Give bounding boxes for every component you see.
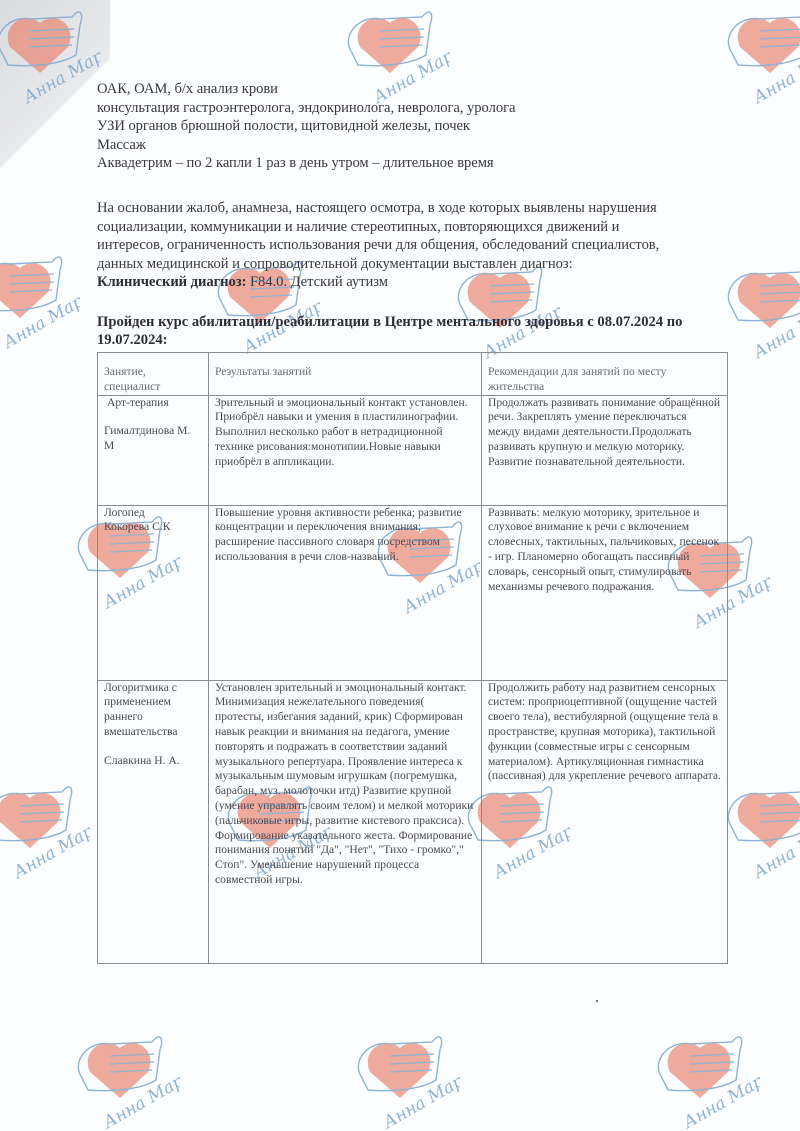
specialist-name: Славкина Н. А.	[104, 754, 202, 769]
specialist-name: Кокорева С.К	[104, 520, 202, 535]
order-line: УЗИ органов брюшной полости, щитовидной …	[97, 117, 515, 136]
table-row: Арт-терапия Гималтдинова М. М Зрительный…	[98, 395, 728, 505]
recommendations-cell: Продолжать развивать понимание обращённо…	[482, 395, 728, 505]
svg-text:Анна Мария: Анна Мария	[99, 1060, 180, 1130]
order-line: Аквадетрим – по 2 капли 1 раз в день утр…	[97, 154, 515, 173]
rehab-table: Занятие, специалист Результаты занятий Р…	[97, 352, 728, 964]
scan-speck	[596, 1000, 598, 1002]
svg-text:Анна Мария: Анна Мария	[679, 1060, 760, 1130]
watermark-logo-icon: Анна Мария	[60, 1020, 180, 1130]
activity-cell: Арт-терапия Гималтдинова М. М	[98, 395, 209, 505]
activity-name: Арт-терапия	[104, 396, 202, 411]
order-line: Массаж	[97, 136, 515, 155]
svg-text:Анна Мария: Анна Мария	[749, 290, 800, 360]
svg-text:Анна Мария: Анна Мария	[0, 280, 80, 350]
header-recommendations: Рекомендации для занятий по месту житель…	[482, 353, 728, 396]
activity-name: Логопед	[104, 506, 202, 521]
header-results: Результаты занятий	[209, 353, 482, 396]
watermark-logo-icon: Анна Мария	[340, 1020, 460, 1130]
table-row: Логопед Кокорева С.К Повышение уровня ак…	[98, 505, 728, 680]
activity-cell: Логоритмика с применением раннего вмешат…	[98, 680, 209, 963]
watermark-logo-icon: Анна Мария	[710, 0, 800, 105]
findings-line: На основании жалоб, анамнеза, настоящего…	[97, 199, 659, 218]
table-row: Логоритмика с применением раннего вмешат…	[98, 680, 728, 963]
findings-line: данных медицинской и сопроводительной до…	[97, 255, 659, 274]
findings-paragraph: На основании жалоб, анамнеза, настоящего…	[97, 199, 659, 292]
svg-text:Анна Мария: Анна Мария	[9, 810, 90, 880]
course-title: Пройден курс абилитации/реабилитации в Ц…	[97, 313, 737, 349]
watermark-logo-icon: Анна Мария	[0, 0, 100, 105]
results-cell: Повышение уровня активности ребенка; раз…	[209, 505, 482, 680]
results-cell: Установлен зрительный и эмоциональный ко…	[209, 680, 482, 963]
watermark-logo-icon: Анна Мария	[0, 770, 90, 880]
header-activity: Занятие, специалист	[98, 353, 209, 396]
svg-text:Анна Мария: Анна Мария	[749, 810, 800, 880]
scan-page-fold-shadow	[0, 0, 110, 260]
diagnosis-line: Клинический диагноз: F84.0. Детский аути…	[97, 273, 659, 292]
specialist-name: Гималтдинова М. М	[104, 424, 202, 454]
watermark-logo-icon: Анна Мария	[0, 240, 80, 350]
diagnosis-value: F84.0. Детский аутизм	[246, 274, 388, 290]
watermark-logo-icon: Анна Мария	[640, 1020, 760, 1130]
svg-text:Анна Мария: Анна Мария	[19, 35, 100, 105]
diagnosis-label: Клинический диагноз:	[97, 274, 246, 290]
svg-text:Анна Мария: Анна Мария	[379, 1060, 460, 1130]
orders-list: ОАК, ОАМ, б/х анализ крови консультация …	[97, 80, 515, 173]
activity-name: Логоритмика с применением раннего вмешат…	[104, 681, 202, 740]
recommendations-cell: Развивать: мелкую моторику, зрительное и…	[482, 505, 728, 680]
findings-line: интересов, ограниченность использования …	[97, 236, 659, 255]
svg-text:Анна Мария: Анна Мария	[749, 35, 800, 105]
table-header-row: Занятие, специалист Результаты занятий Р…	[98, 353, 728, 396]
recommendations-cell: Продолжить работу над развитием сенсорны…	[482, 680, 728, 963]
activity-cell: Логопед Кокорева С.К	[98, 505, 209, 680]
order-line: ОАК, ОАМ, б/х анализ крови	[97, 80, 515, 99]
results-cell: Зрительный и эмоциональный контакт устан…	[209, 395, 482, 505]
findings-line: социализации, коммуникации и наличие сте…	[97, 218, 659, 237]
order-line: консультация гастроэнтеролога, эндокрино…	[97, 99, 515, 118]
